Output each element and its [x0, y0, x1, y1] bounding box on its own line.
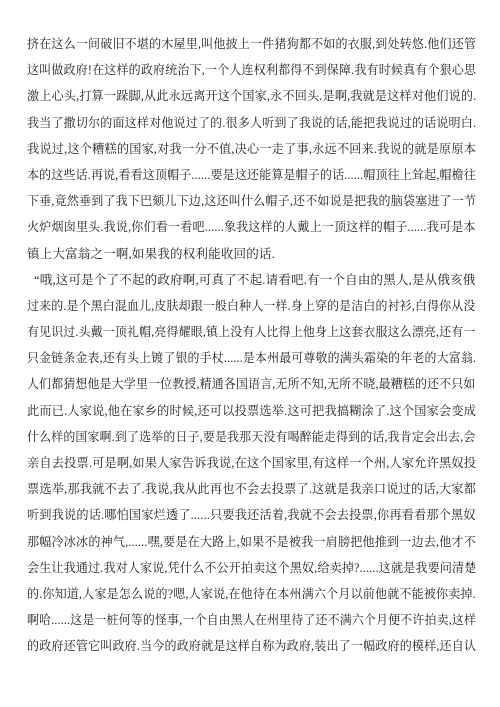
text-line: 听到我说的话.哪怕国家烂透了......只要我还活着,我就不会去投票,你再看看那…	[27, 502, 463, 528]
text-line: 啊哈......这是一桩何等的怪事,一个自由黑人在州里待了还不满六个月便不许拍卖…	[27, 607, 455, 633]
document-page: 挤在这么一间破旧不堪的木屋里,叫他披上一件猪狗都不如的衣服,到处转悠.他们还管这…	[0, 0, 500, 707]
text-line: 挤在这么一间破旧不堪的木屋里,叫他披上一件猪狗都不如的衣服,到处转悠.他们还管	[27, 31, 459, 57]
text-line: 本的这些话.再说,看看这顶帽子......要是这还能算是帽子的话......帽顶…	[27, 162, 457, 188]
text-line: 镇上大富翁之一啊,如果我的权利能收回的话.	[27, 241, 476, 267]
text-line: 只金链条金表,还有头上镀了银的手杖......是本州最可尊敬的满头霜染的年老的大…	[27, 345, 455, 371]
text-line: 激上心头,打算一跺脚,从此永远离开这个国家,永不回头.是啊,我就是这样对他们说的…	[27, 83, 461, 109]
text-line: 的.你知道,人家是怎么说的?嗯,人家说,在他待在本州满六个月以前他就不能被你卖掉…	[27, 581, 459, 607]
text-line: 亲自去投票.可是啊,如果人家告诉我说,在这个国家里,有这样一个州,人家允许黑奴投	[27, 450, 464, 476]
text-line: 的政府还管它叫政府.当今的政府就是这样自称为政府,装出了一幅政府的模样,还自认	[27, 633, 459, 659]
text-line: 那幅冷冰冰的神气,......嘿,要是在大路上,如果不是被我一肩膀把他推到一边去…	[27, 529, 461, 555]
text-line: 人们都猜想他是大学里一位教授,精通各国语言,无所不知,无所不晓,最糟糕的还不只如	[27, 371, 455, 397]
text-line: 这叫做政府!在这样的政府统治下,一个人连权利都得不到保障.我有时候真有个狠心思	[27, 57, 458, 83]
text-line: 我说过,这个糟糕的国家,对我一分不值,决心一走了事,永远不回来.我说的就是原原本	[27, 136, 464, 162]
text-line: 有见识过.头戴一顶礼帽,亮得耀眼,镇上没有人比得上他身上这套衣服这么漂亮,还有一	[27, 319, 455, 345]
text-line: “哦,这可是个了不起的政府啊,可真了不起.请看吧.有一个自由的黑人,是从俄亥俄	[27, 267, 476, 293]
document-text: 挤在这么一间破旧不堪的木屋里,叫他披上一件猪狗都不如的衣服,到处转悠.他们还管这…	[27, 31, 476, 660]
text-line: 票选举,那我就不去了.我说,我从此再也不会去投票了.这就是我亲口说过的话,大家都	[27, 476, 464, 502]
text-line: 火炉烟囱里头.我说,你们看一看吧......象我这样的人戴上一顶这样的帽子...…	[27, 214, 460, 240]
text-line: 会生让我通过.我对人家说,凭什么不公开拍卖这个黑奴,给卖掉?......这就是我…	[27, 555, 459, 581]
text-line: 我当了撒切尔的面这样对他说过了的.很多人听到了我说的话,能把我说过的话说明白.	[27, 110, 459, 136]
text-line: 什么样的国家啊.到了选举的日子,要是我那天没有喝醉能走得到的话,我肯定会出去,会	[27, 424, 455, 450]
text-line: 过来的.是个黑白混血儿,皮肤却跟一般白种人一样.身上穿的是洁白的衬衫,白得你从没	[27, 293, 455, 319]
text-line: 此而已.人家说,他在家乡的时候,还可以投票选举.这可把我搞糊涂了.这个国家会变成	[27, 398, 464, 424]
text-line: 下垂,竟然垂到了我下巴颏儿下边,这还叫什么帽子,还不如说是把我的脑袋塞进了一节	[27, 188, 459, 214]
